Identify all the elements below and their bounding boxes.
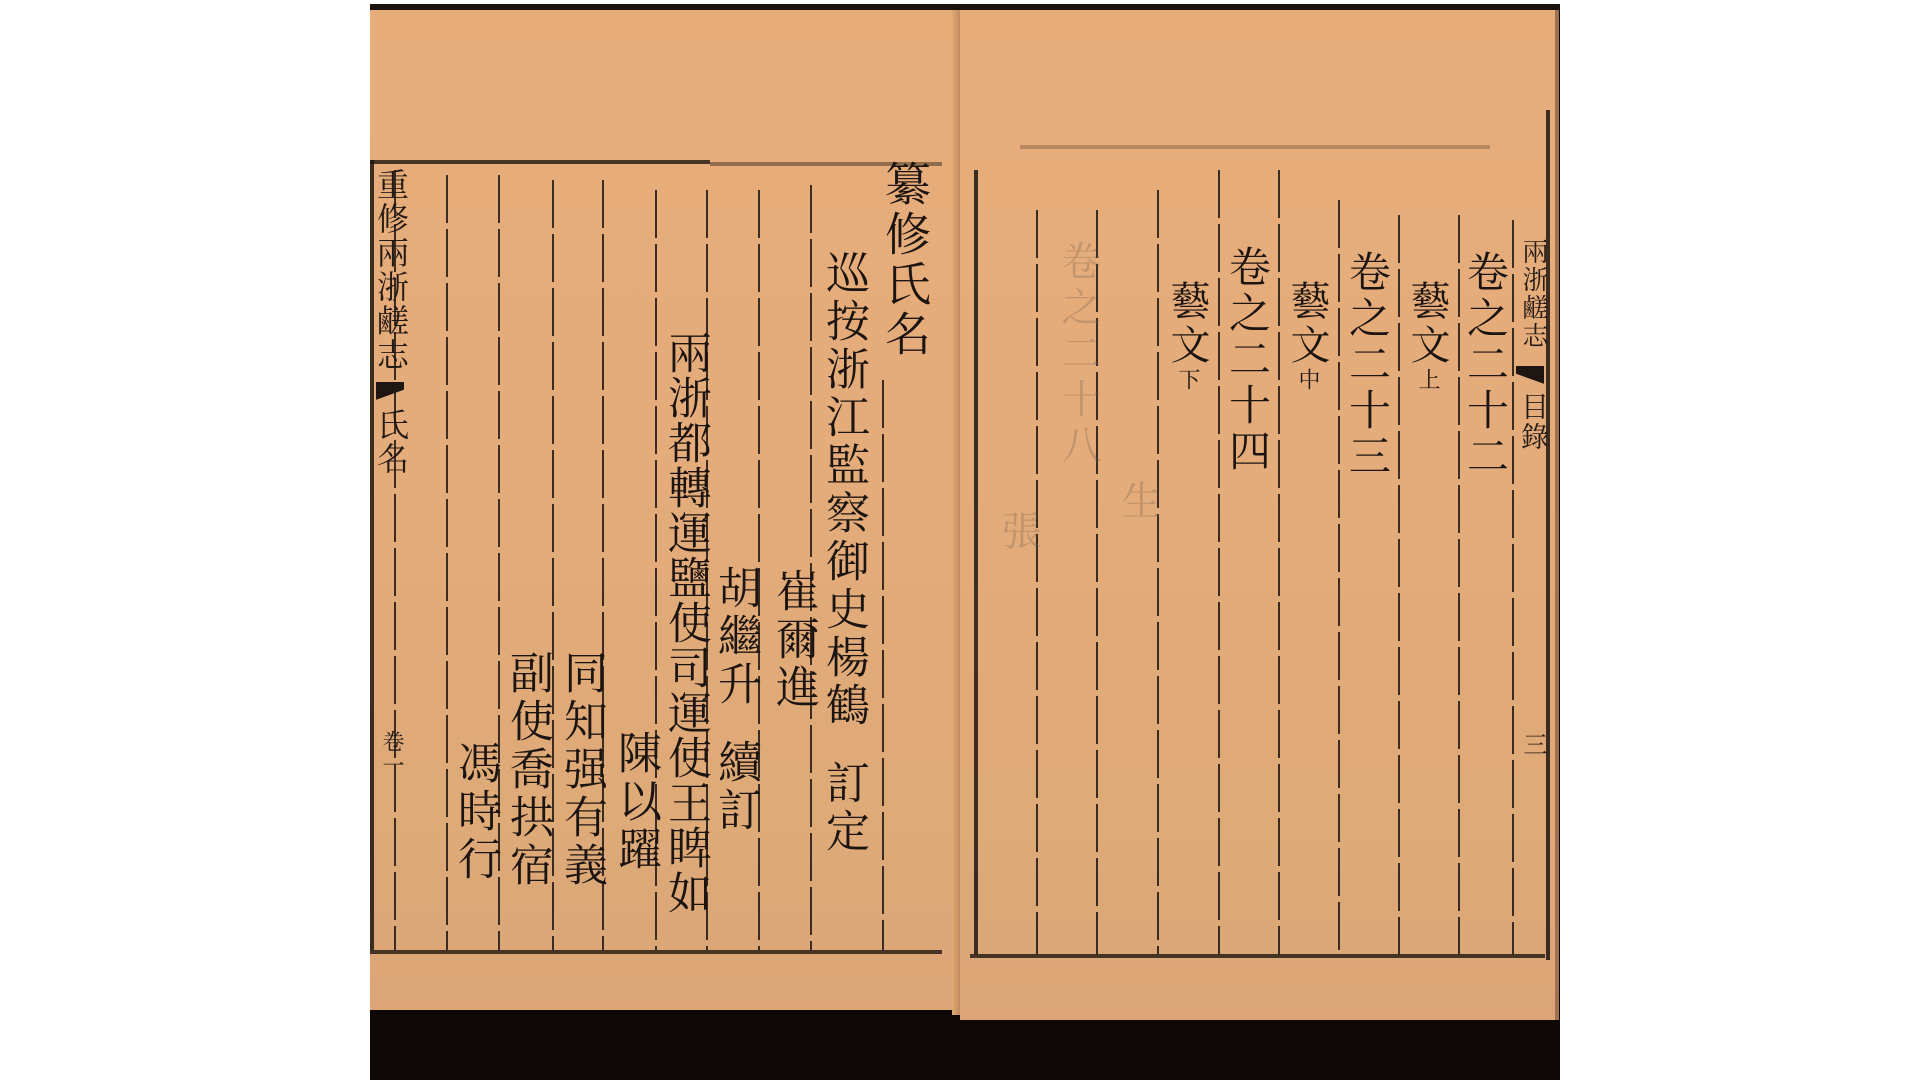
margin-book-title: 兩浙鹺志 <box>1516 238 1550 350</box>
page-number: 三 <box>1516 732 1550 758</box>
compiler-column-7: 副使喬拱宿 <box>502 650 552 890</box>
frame-top-rule <box>370 160 710 164</box>
toc-entry-title: 藝文 <box>1404 280 1450 368</box>
toc-entry-yiwen-lower: 藝文下 <box>1162 280 1212 394</box>
toc-entry-title: 藝文 <box>1164 280 1210 368</box>
compiler-title-name: 巡按浙江監察御史楊鶴 <box>818 250 869 730</box>
right-page: 卷之二十八 生 張 兩浙鹺志 目錄 三 卷之二十二 藝文上 卷之二十三 藝文中 … <box>960 10 1559 1020</box>
fish-tail-mark-icon <box>1516 366 1544 388</box>
fish-tail-mark-icon <box>376 382 404 404</box>
compiler-column-3: 胡繼升續訂 <box>710 565 760 835</box>
column-rule <box>1157 190 1159 954</box>
column-rule <box>1398 215 1400 954</box>
toc-entry-note: 中 <box>1295 368 1320 394</box>
column-rule <box>1036 210 1038 954</box>
column-rule <box>1338 200 1340 954</box>
show-through-text: 張 <box>990 510 1047 556</box>
inner-border-line <box>974 170 978 954</box>
page-heading: 纂修氏名 <box>880 160 930 360</box>
toc-volume-23: 卷之二十三 <box>1342 250 1392 480</box>
compiler-role: 續訂 <box>710 739 761 835</box>
frame-bottom-rule <box>970 954 1545 958</box>
toc-volume-22: 卷之二十二 <box>1460 250 1510 480</box>
show-through-text: 卷之二十八 <box>1050 240 1107 470</box>
book-scan: 重修兩浙鹺志 氏名 卷一 纂修氏名 巡按浙江監察御史楊鶴訂定 崔爾進 胡繼升續訂… <box>370 4 1560 1080</box>
compiler-column-8: 馮時行 <box>450 740 500 884</box>
toc-entry-note: 上 <box>1415 368 1440 394</box>
column-rule <box>1512 220 1514 954</box>
toc-entry-note: 下 <box>1175 368 1200 394</box>
toc-entry-yiwen-middle: 藝文中 <box>1282 280 1332 394</box>
compiler-name: 胡繼升 <box>710 565 761 709</box>
column-rule <box>394 170 396 950</box>
margin-section: 氏名 <box>374 408 408 476</box>
column-rule <box>1218 170 1220 954</box>
margin-book-title: 重修兩浙鹺志 <box>374 168 408 372</box>
compiler-column-2: 崔爾進 <box>768 568 818 712</box>
margin-section: 目錄 <box>1516 392 1550 452</box>
compiler-column-5: 陳以躍 <box>610 730 660 874</box>
column-rule <box>1278 170 1280 954</box>
compiler-column-1: 巡按浙江監察御史楊鶴訂定 <box>818 250 868 856</box>
show-through-text: 生 <box>1110 480 1167 526</box>
compiler-column-4: 兩浙都轉運鹽使司運使王睥如 <box>660 330 710 915</box>
column-rule <box>882 380 884 950</box>
toc-entry-title: 藝文 <box>1284 280 1330 368</box>
left-page: 重修兩浙鹺志 氏名 卷一 纂修氏名 巡按浙江監察御史楊鶴訂定 崔爾進 胡繼升續訂… <box>370 10 960 1010</box>
frame-top-rule-faint <box>1020 145 1490 149</box>
toc-volume-24: 卷之二十四 <box>1222 245 1272 475</box>
frame-bottom-rule <box>370 950 942 954</box>
margin-volume: 卷一 <box>374 730 408 778</box>
toc-entry-yiwen-upper: 藝文上 <box>1402 280 1452 394</box>
compiler-role: 訂定 <box>818 760 869 856</box>
column-rule <box>446 175 448 950</box>
compiler-column-6: 同知强有義 <box>556 650 606 890</box>
